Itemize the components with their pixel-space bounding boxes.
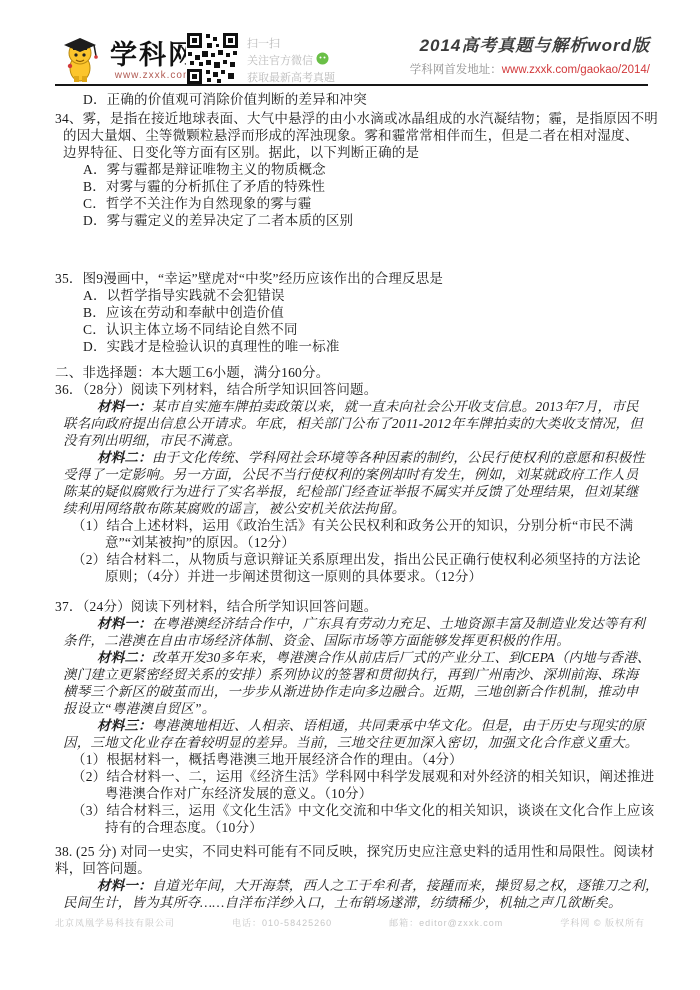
text-line: 35．图9漫画中，“幸运”壁虎对“中奖”经历应该作出的合理反思是: [55, 270, 650, 287]
text-line: 陈某的疑似腐败行为进行了实名举报，纪检部门经查证举报不属实并反馈了处理结果，但刘…: [55, 483, 650, 500]
brand-text: 学科网 www.zxxk.com: [110, 40, 197, 81]
page-title: 2014高考真题与解析word版: [410, 36, 650, 56]
qr-caption: 扫一扫 关注官方微信 获取最新高考真题: [247, 36, 335, 86]
text-line: D．正确的价值观可消除价值判断的差异和冲突: [55, 91, 650, 108]
text-line: 料，回答问题。: [55, 860, 650, 877]
document-body: D．正确的价值观可消除价值判断的差异和冲突34、雾，是指在接近地球表面、大气中悬…: [55, 86, 650, 911]
publish-url-link[interactable]: www.zxxk.com/gaokao/2014/: [502, 64, 650, 76]
text-line: 材料二：改革开发30多年来，粤港澳合作从前店后厂式的产业分工、到CEPA（内地与…: [55, 649, 650, 666]
text-line: 34、雾，是指在接近地球表面、大气中悬浮的由小水滴或冰晶组成的水汽凝结物；霾，是…: [55, 110, 650, 127]
text-line: 原则；（4分）并进一步阐述贯彻这一原则的具体要求。（12分）: [55, 568, 650, 585]
text-line: 边界特征、日变化等方面有区别。据此，以下判断正确的是: [55, 144, 650, 161]
footer-email: 邮箱：editor@zxxk.com: [389, 916, 503, 929]
text-line: 37．（24分）阅读下列材料，结合所学知识回答问题。: [55, 598, 650, 615]
text-line: 受得了一定影响。另一方面，公民不当行使权利的案例却时有发生，例如，刘某就政府工作…: [55, 466, 650, 483]
text-line: 澳门建立更紧密经贸关系的安排）系列协议的签署和贯彻执行，再到广州南沙、深圳前海、…: [55, 666, 650, 683]
section-heading: 二、非选择题：本大题工6小题，满分160分。: [55, 364, 650, 381]
brand-url: www.zxxk.com: [110, 70, 197, 81]
text-line: （3）结合材料三，运用《文化生活》中文化交流和中华文化的相关知识，谈谈在文化合作…: [55, 802, 650, 819]
qr-caption-line1: 扫一扫: [247, 36, 280, 52]
text-line: 联名向政府提出信息公开请求。年底，相关部门公布了2011-2012年车牌拍卖的大…: [55, 415, 650, 432]
brand-name: 学科网: [110, 40, 197, 70]
text-line: （2）结合材料一、二，运用《经济生活》学科网中科学发展观和对外经济的相关知识，阐…: [55, 768, 650, 785]
text-line: D．雾与霾定义的差异决定了二者本质的区别: [55, 212, 650, 229]
text-line: B．对雾与霾的分析抓住了矛盾的特殊性: [55, 178, 650, 195]
text-line: 材料一：自道光年间，大开海禁，西人之工于牟利者，接踵而来，操贸易之权，逐锥刀之利…: [55, 877, 650, 894]
text-line: C．哲学不关注作为自然现象的雾与霾: [55, 195, 650, 212]
qr-code-icon: [186, 32, 239, 90]
text-line: 意”“刘某被拘”的原因。（12分）: [55, 534, 650, 551]
text-line: 材料三：粤港澳地相近、人相亲、语相通，共同秉承中华文化。但是，由于历史与现实的原: [55, 717, 650, 734]
text-line: D．实践才是检验认识的真理性的唯一标准: [55, 338, 650, 355]
text-line: 横琴三个新区的破茧而出，一步步从渐进协作走向多边融合。近期，三地创新合作机制，推…: [55, 683, 650, 700]
text-line: 材料一：在粤港澳经济结合作中，广东具有劳动力充足、土地资源丰富及制造业发达等有利: [55, 615, 650, 632]
brand-logo: 学科网 www.zxxk.com: [56, 34, 197, 86]
text-line: （1）根据材料一，概括粤港澳三地开展经济合作的理由。（4分）: [55, 751, 650, 768]
footer-phone: 电话：010-58425260: [232, 916, 332, 929]
text-line: 报设立“粤港澳自贸区”。: [55, 700, 650, 717]
text-line: 持有的合理态度。（10分）: [55, 819, 650, 836]
text-line: 36．（28分）阅读下列材料，结合所学知识回答问题。: [55, 381, 650, 398]
publish-line: 学科网首发地址：www.zxxk.com/gaokao/2014/: [410, 61, 650, 77]
text-line: 粤港澳合作对广东经济发展的意义。（10分）: [55, 785, 650, 802]
page-footer: 北京凤凰学易科技有限公司 电话：010-58425260 邮箱：editor@z…: [55, 916, 645, 929]
text-line: 材料二：由于文化传统、学科网社会环境等各种因素的制约，公民行使权利的意愿和积极性: [55, 449, 650, 466]
text-line: 续利用网络散布陈某腐败的谣言，被公安机关依法拘留。: [55, 500, 650, 517]
text-line: 的因大量烟、尘等微颗粒悬浮而形成的浑浊现象。雾和霾常常相伴而生，但是二者在相对湿…: [55, 127, 650, 144]
mascot-logo-icon: [56, 32, 104, 89]
header-right: 2014高考真题与解析word版 学科网首发地址：www.zxxk.com/ga…: [410, 36, 650, 77]
text-line: 没有列出明细，市民不满意。: [55, 432, 650, 449]
text-line: 材料一：某市自实施车牌拍卖政策以来，就一直未向社会公开收支信息。2013年7月，…: [55, 398, 650, 415]
text-line: （1）结合上述材料，运用《政治生活》有关公民权利和政务公开的知识，分别分析“市民…: [55, 517, 650, 534]
publish-label: 学科网首发地址：: [410, 64, 502, 76]
text-line: （2）结合材料二，从物质与意识辩证关系原理出发，指出公民正确行使权利必须坚持的方…: [55, 551, 650, 568]
text-line: B．应该在劳动和奉献中创造价值: [55, 304, 650, 321]
footer-copyright: 学科网 © 版权所有: [560, 916, 645, 929]
text-line: 因，三地文化业存在着较明显的差异。当前，三地交往更加深入密切，加强文化合作意义重…: [55, 734, 650, 751]
text-line: C．认识主体立场不同结论自然不同: [55, 321, 650, 338]
qr-caption-line2: 关注官方微信: [247, 53, 313, 69]
wechat-icon: [316, 52, 329, 70]
text-line: 38. (25 分) 对同一史实，不同史料可能有不同反映，探究历史应注意史料的适…: [55, 843, 650, 860]
footer-company: 北京凤凰学易科技有限公司: [55, 916, 175, 929]
text-line: 条件，二港澳在自由市场经济体制、资金、国际市场等方面能够发挥更积极的作用。: [55, 632, 650, 649]
page-header: 学科网 www.zxxk.com: [0, 0, 700, 86]
text-line: A．以哲学指导实践就不会犯错误: [55, 287, 650, 304]
text-line: 民间生计，皆为其所夺……自洋布洋纱入口，土布销场遂滞，纺绩稀少，机轴之声几欲断矣…: [55, 894, 650, 911]
document-page: 学科网 www.zxxk.com: [0, 0, 700, 990]
text-line: A．雾与霾都是辩证唯物主义的物质概念: [55, 161, 650, 178]
